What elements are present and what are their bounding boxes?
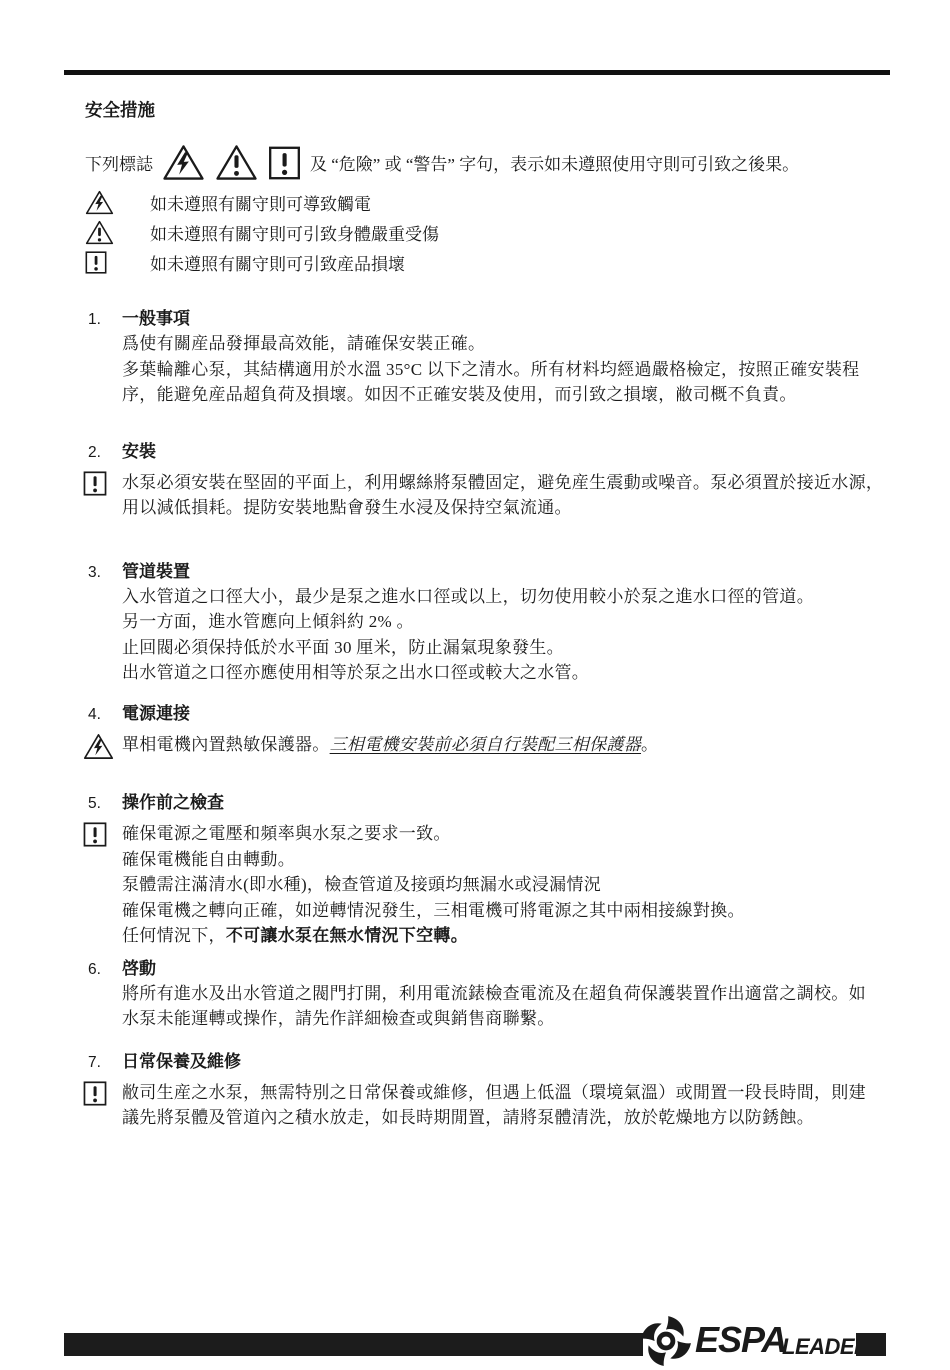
text-line: 止回閥必須保持低於水平面 30 厘米，防止漏氣現象發生。 xyxy=(122,635,897,661)
symbols-intro-line: 下列標誌 及 “危險” 或 “警告” 字句，表示如未遵照使用守則可引致之後果。 xyxy=(85,144,897,181)
text-line: 另一方面，進水管應向上傾斜約 2% 。 xyxy=(122,609,897,635)
section-heading: 4.電源連接 xyxy=(85,702,897,726)
section-heading: 2.安裝 xyxy=(85,440,897,464)
section-number: 1. xyxy=(88,308,101,332)
electric-hazard-icon xyxy=(85,190,119,215)
text-line: 泵體需注滿清水(即水種)，檢查管道及接頭均無漏水或浸漏情況 xyxy=(122,872,897,898)
section-heading: 6.啓動 xyxy=(85,957,897,981)
section-title: 日常保養及維修 xyxy=(122,1052,241,1071)
warning-triangle-icon xyxy=(215,144,258,181)
text-line: 單相電機內置熱敏保護器。三相電機安裝前必須自行裝配三相保護器。 xyxy=(122,732,897,758)
text-line: 入水管道之口徑大小，最少是泵之進水口徑或以上，切勿使用較小於泵之進水口徑的管道。 xyxy=(122,584,897,610)
section-title: 一般事項 xyxy=(122,309,190,328)
footer-bar xyxy=(64,1333,643,1356)
section-body: 確保電源之電壓和頻率與水泵之要求一致。確保電機能自由轉動。泵體需注滿清水(即水種… xyxy=(122,821,897,949)
text-line: 議先將泵體及管道內之積水放走，如長時期閒置，請將泵體清洗，放於乾燥地方以防銹蝕。 xyxy=(122,1105,897,1131)
section-heading: 5.操作前之檢查 xyxy=(85,791,897,815)
text-line: 確保電機之轉向正確，如逆轉情況發生，三相電機可將電源之其中兩相接線對換。 xyxy=(122,898,897,924)
manual-page: 安全措施 下列標誌 及 “危險” 或 “警告” 字句，表示如未遵照使用守則可引致… xyxy=(0,0,950,1370)
caution-box-icon xyxy=(83,1081,107,1106)
section-5: 5.操作前之檢查確保電源之電壓和頻率與水泵之要求一致。確保電機能自由轉動。泵體需… xyxy=(85,791,897,949)
impeller-icon xyxy=(640,1354,692,1370)
legend-item: 如未遵照有關守則可引致身體嚴重受傷 xyxy=(85,217,897,247)
section-body: 敝司生産之水泵，無需特別之日常保養或維修，但遇上低溫（環境氣溫）或閒置一段長時間… xyxy=(122,1080,897,1131)
section-body: 爲使有關産品發揮最高效能，請確保安裝正確。多葉輪離心泵，其結構適用於水溫 35°… xyxy=(122,331,897,408)
electric-hazard-icon xyxy=(162,144,205,181)
section-3: 3.管道裝置入水管道之口徑大小，最少是泵之進水口徑或以上，切勿使用較小於泵之進水… xyxy=(85,560,897,686)
electric-hazard-icon xyxy=(83,733,114,760)
legend-item: 如未遵照有關守則可導致觸電 xyxy=(85,187,897,217)
text-line: 爲使有關産品發揮最高效能，請確保安裝正確。 xyxy=(122,331,897,357)
section-2: 2.安裝水泵必須安裝在堅固的平面上，利用螺絲將泵體固定，避免産生震動或噪音。泵必… xyxy=(85,440,897,521)
caution-box-icon xyxy=(85,251,119,274)
sections: 1.一般事項爲使有關産品發揮最高效能，請確保安裝正確。多葉輪離心泵，其結構適用於… xyxy=(85,307,897,1131)
section-number: 6. xyxy=(88,958,101,982)
section-6: 6.啓動將所有進水及出水管道之閥門打開，利用電流錶檢查電流及在超負荷保護裝置作出… xyxy=(85,957,897,1032)
section-body: 單相電機內置熱敏保護器。三相電機安裝前必須自行裝配三相保護器。 xyxy=(122,732,897,758)
section-title: 管道裝置 xyxy=(122,562,190,581)
section-body: 入水管道之口徑大小，最少是泵之進水口徑或以上，切勿使用較小於泵之進水口徑的管道。… xyxy=(122,584,897,686)
text-line: 水泵必須安裝在堅固的平面上，利用螺絲將泵體固定，避免産生震動或噪音。泵必須置於接… xyxy=(122,470,897,496)
caution-box-icon xyxy=(268,146,301,180)
section-4: 4.電源連接單相電機內置熱敏保護器。三相電機安裝前必須自行裝配三相保護器。 xyxy=(85,702,897,758)
section-number: 3. xyxy=(88,561,101,585)
intro-symbols xyxy=(162,144,301,181)
footer-endcap xyxy=(856,1333,886,1356)
text-line: 水泵未能運轉或操作，請先作詳細檢查或與銷售商聯繫。 xyxy=(122,1006,897,1032)
section-heading: 1.一般事項 xyxy=(85,307,897,331)
symbols-intro-prefix: 下列標誌 xyxy=(85,150,153,175)
brand-espa: ESPA xyxy=(695,1323,786,1357)
legend-text: 如未遵照有關守則可引致身體嚴重受傷 xyxy=(150,220,439,245)
section-1: 1.一般事項爲使有關産品發揮最高效能，請確保安裝正確。多葉輪離心泵，其結構適用於… xyxy=(85,307,897,408)
text-line: 確保電機能自由轉動。 xyxy=(122,847,897,873)
section-title: 電源連接 xyxy=(122,704,190,723)
page-content: 安全措施 下列標誌 及 “危險” 或 “警告” 字句，表示如未遵照使用守則可引致… xyxy=(85,100,897,1131)
section-title: 操作前之檢查 xyxy=(122,793,224,812)
section-number: 7. xyxy=(88,1051,101,1075)
warning-triangle-icon xyxy=(85,220,119,245)
section-number: 5. xyxy=(88,792,101,816)
text-line: 任何情況下，不可讓水泵在無水情況下空轉。 xyxy=(122,923,897,949)
section-title: 啓動 xyxy=(122,959,156,978)
legend-text: 如未遵照有關守則可導致觸電 xyxy=(150,190,371,215)
section-heading: 7.日常保養及維修 xyxy=(85,1050,897,1074)
section-title: 安裝 xyxy=(122,442,156,461)
section-heading: 3.管道裝置 xyxy=(85,560,897,584)
section-body: 將所有進水及出水管道之閥門打開，利用電流錶檢查電流及在超負荷保護裝置作出適當之調… xyxy=(122,981,897,1032)
logo-impeller-wrap xyxy=(640,1315,692,1370)
section-body: 水泵必須安裝在堅固的平面上，利用螺絲將泵體固定，避免産生震動或噪音。泵必須置於接… xyxy=(122,470,897,521)
text-line: 確保電源之電壓和頻率與水泵之要求一致。 xyxy=(122,821,897,847)
legend: 如未遵照有關守則可導致觸電如未遵照有關守則可引致身體嚴重受傷如未遵照有關守則可引… xyxy=(85,187,897,277)
caution-box-icon xyxy=(83,471,107,496)
text-line: 多葉輪離心泵，其結構適用於水溫 35°C 以下之清水。所有材料均經過嚴格檢定，按… xyxy=(122,357,897,383)
legend-item: 如未遵照有關守則可引致産品損壞 xyxy=(85,247,897,277)
text-line: 敝司生産之水泵，無需特別之日常保養或維修，但遇上低溫（環境氣溫）或閒置一段長時間… xyxy=(122,1080,897,1106)
caution-box-icon xyxy=(83,822,107,847)
text-line: 用以減低損耗。提防安裝地點會發生水浸及保持空氣流通。 xyxy=(122,495,897,521)
page-title: 安全措施 xyxy=(85,100,897,120)
legend-text: 如未遵照有關守則可引致産品損壞 xyxy=(150,250,405,275)
text-line: 將所有進水及出水管道之閥門打開，利用電流錶檢查電流及在超負荷保護裝置作出適當之調… xyxy=(122,981,897,1007)
section-number: 4. xyxy=(88,703,101,727)
symbols-intro-suffix: 及 “危險” 或 “警告” 字句，表示如未遵照使用守則可引致之後果。 xyxy=(310,150,799,175)
section-7: 7.日常保養及維修敝司生産之水泵，無需特別之日常保養或維修，但遇上低溫（環境氣溫… xyxy=(85,1050,897,1131)
section-number: 2. xyxy=(88,441,101,465)
text-line: 出水管道之口徑亦應使用相等於泵之出水口徑或較大之水管。 xyxy=(122,660,897,686)
top-rule-divider xyxy=(64,70,890,75)
text-line: 序，能避免産品超負荷及損壞。如因不正確安裝及使用，而引致之損壞，敝司概不負責。 xyxy=(122,382,897,408)
